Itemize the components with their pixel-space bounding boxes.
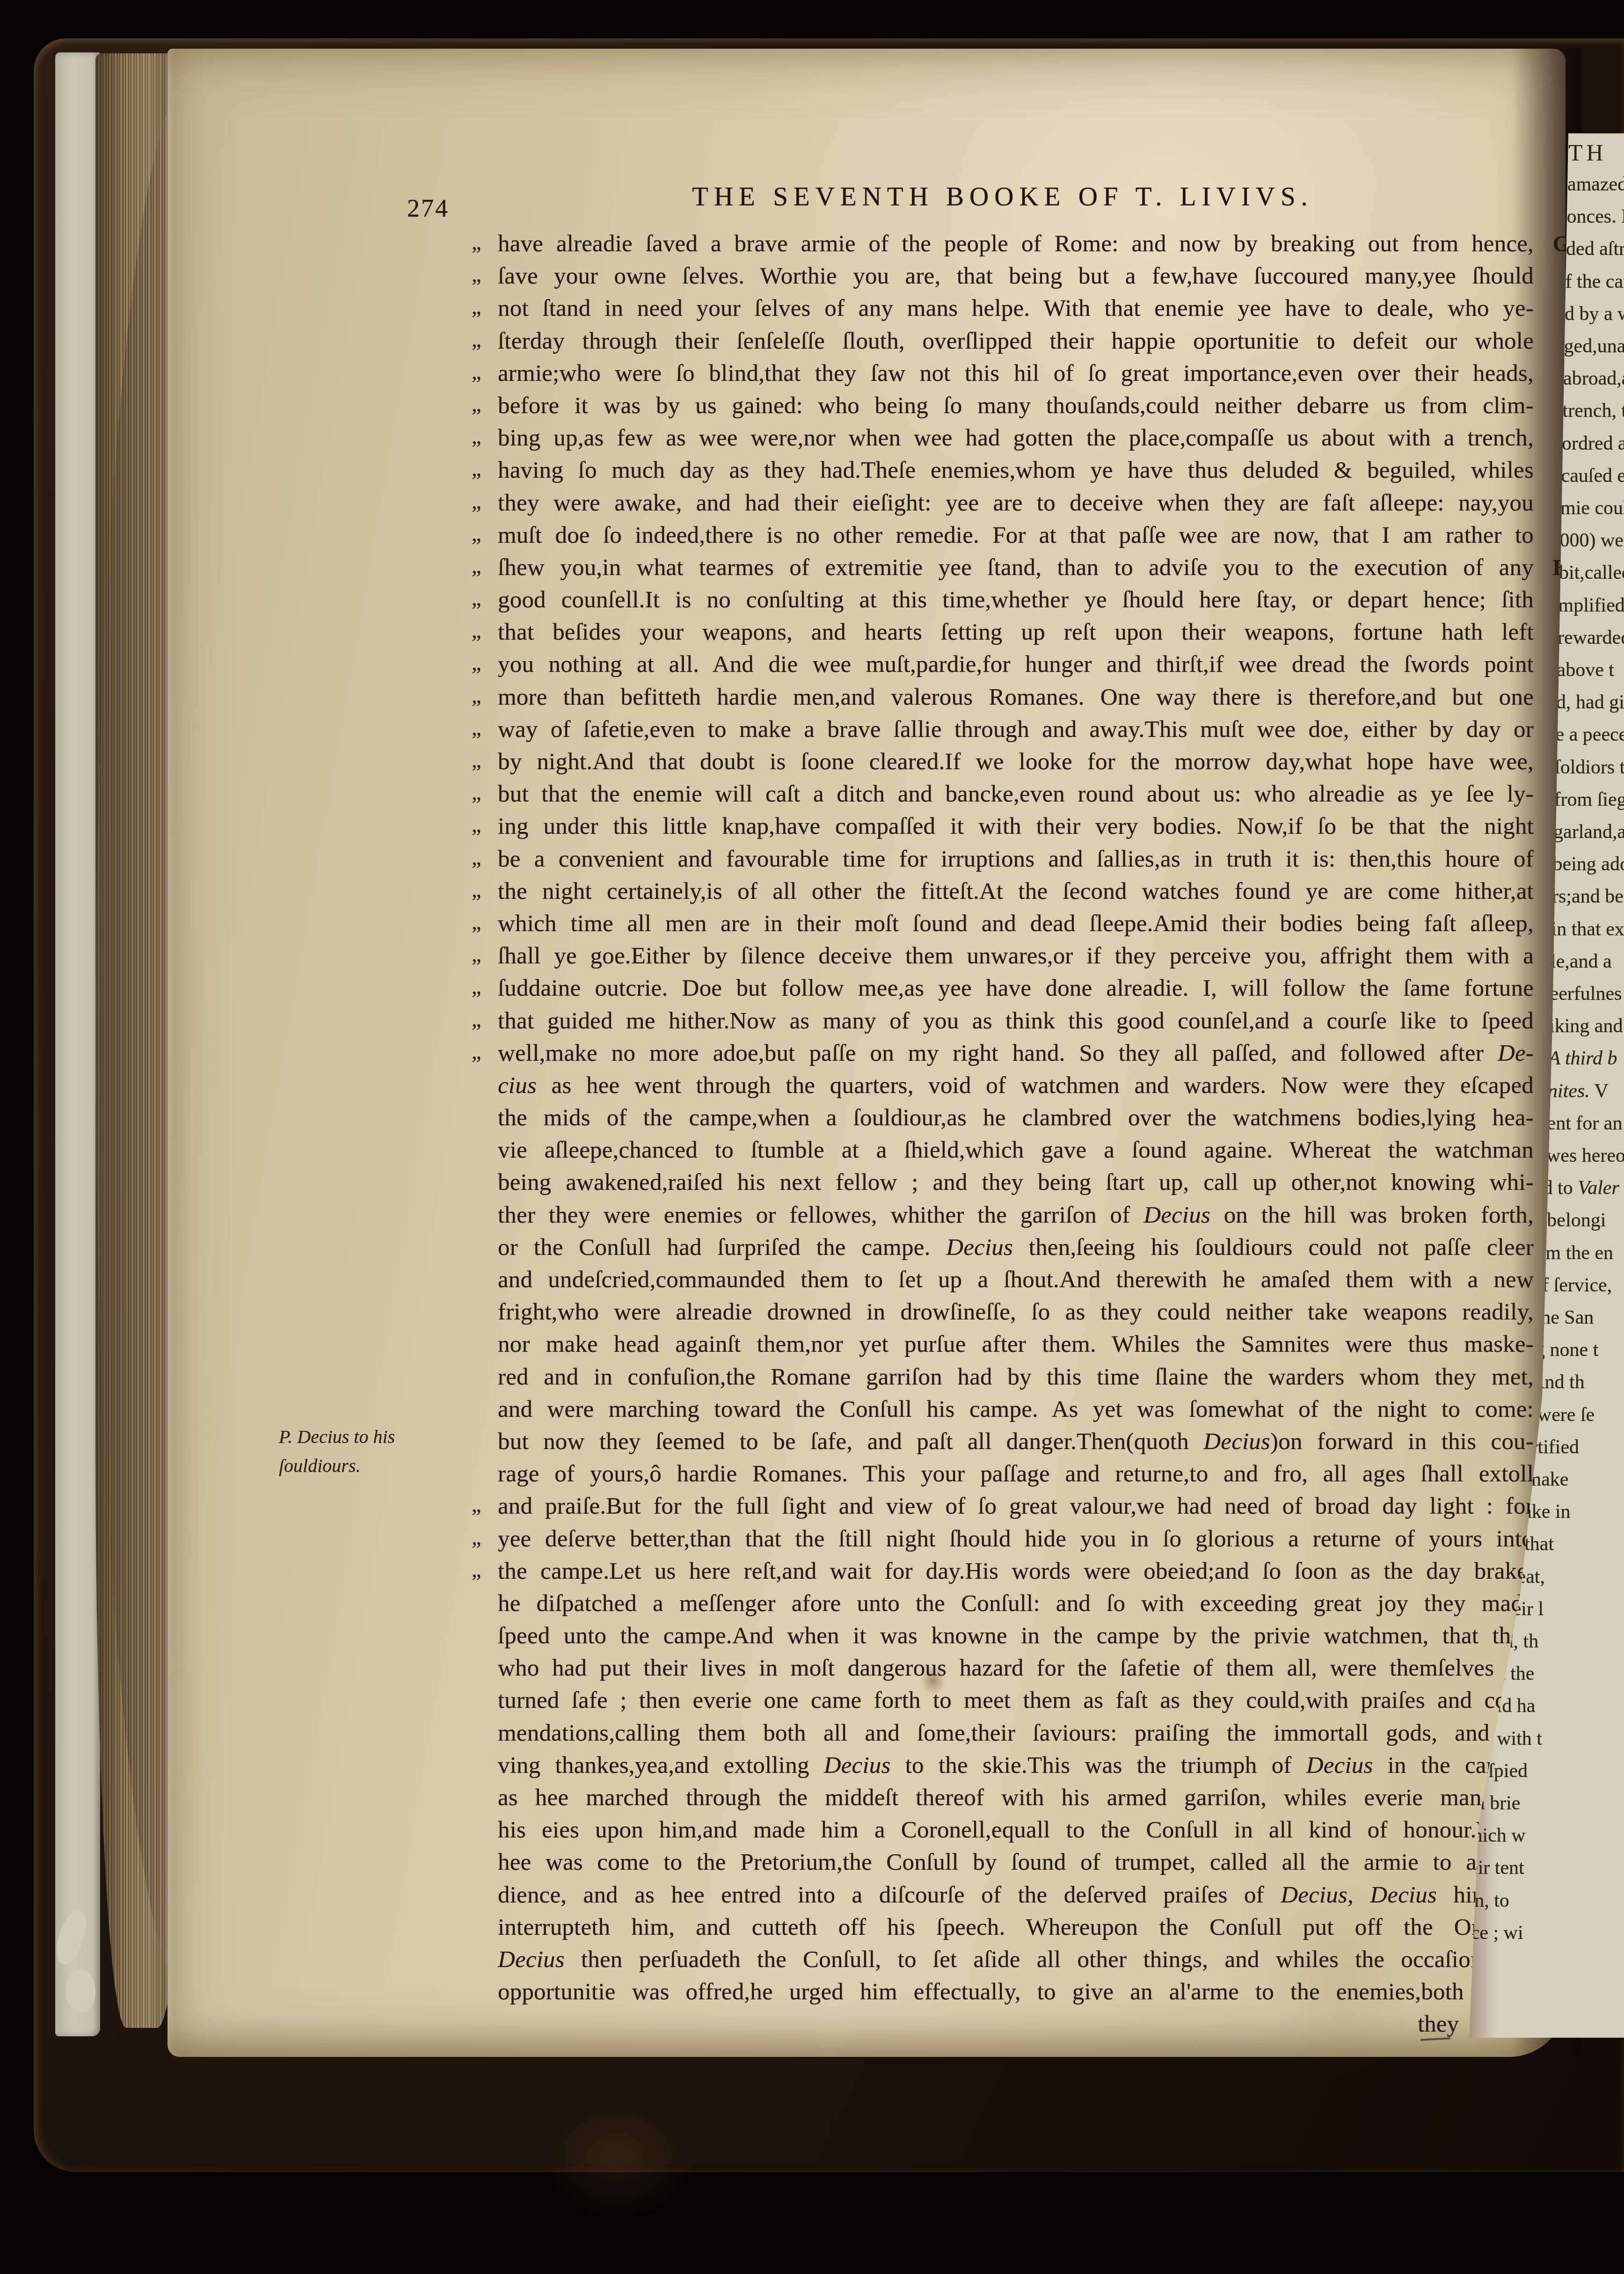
text-line-content: by night.And that doubt is ſoone cleared… bbox=[498, 746, 1534, 778]
text-line: mendations,calling them both all and ſom… bbox=[472, 1717, 1534, 1749]
text-line-content: they were awake, and had their eieſight:… bbox=[498, 487, 1534, 519]
text-line-content: Decius then perſuadeth the Conſull, to ſ… bbox=[498, 1944, 1534, 1976]
margin-note-line: P. Decius to his bbox=[279, 1422, 466, 1451]
text-line: „more than befitteth hardie men,and vale… bbox=[472, 681, 1534, 714]
facing-page-text-fragment: being ador bbox=[1553, 848, 1624, 881]
text-line-content: that guided me hither.Now as many of you… bbox=[498, 1005, 1534, 1037]
facing-page-text-fragment: rs;and bef bbox=[1552, 881, 1624, 913]
quotation-mark: „ bbox=[472, 874, 498, 906]
facing-page-text-fragment: A third b bbox=[1549, 1042, 1617, 1075]
text-line-content: muſt doe ſo indeed,there is no other rem… bbox=[498, 519, 1534, 552]
text-line: „ſterday through their ſenſeleſſe ſlouth… bbox=[472, 325, 1534, 357]
quotation-mark: „ bbox=[472, 970, 498, 1003]
margin-note-line: ſouldiours. bbox=[279, 1451, 466, 1480]
facing-page-text-fragment: eir tent bbox=[1469, 1852, 1524, 1884]
quote-gutter bbox=[472, 1683, 498, 1715]
quote-gutter bbox=[472, 1197, 498, 1230]
text-line-content: red and in confuſion,the Romane garriſon… bbox=[498, 1361, 1534, 1393]
facing-page-text-fragment: ordred a bbox=[1562, 428, 1624, 460]
text-line: „ſave your owne ſelves. Worthie you are,… bbox=[472, 260, 1534, 292]
facing-page-text-fragment: wes hereo bbox=[1546, 1140, 1624, 1172]
quote-gutter bbox=[472, 1974, 498, 2006]
facing-page-text-fragment: eerfulnes bbox=[1550, 978, 1622, 1010]
quotation-mark: „ bbox=[472, 291, 498, 323]
text-line: „ing under this little knap,have compaſſ… bbox=[472, 810, 1534, 843]
text-line: „well,make no more adoe,but paſſe on my … bbox=[472, 1037, 1534, 1070]
text-line: „they were awake, and had their eieſight… bbox=[472, 487, 1534, 519]
quote-gutter bbox=[472, 1748, 498, 1780]
text-line-content: but now they ſeemed to be ſafe, and paſt… bbox=[498, 1426, 1534, 1458]
text-line: „be a convenient and favourable time for… bbox=[472, 843, 1534, 875]
quotation-mark: „ bbox=[472, 485, 498, 517]
facing-page-text-fragment: mie could bbox=[1560, 492, 1624, 525]
quote-gutter bbox=[472, 1586, 498, 1618]
facing-page-header-fragment: TH bbox=[1568, 139, 1607, 166]
quotation-mark: „ bbox=[472, 258, 498, 291]
quotation-mark: „ bbox=[472, 1488, 498, 1521]
text-line-content: dience, and as hee entred into a diſcour… bbox=[498, 1879, 1534, 1911]
text-line-content: be a convenient and favourable time for … bbox=[498, 843, 1534, 875]
text-line: „muſt doe ſo indeed,there is no other re… bbox=[472, 519, 1534, 552]
text-line-content: the mids of the campe,when a ſouldiour,a… bbox=[498, 1102, 1534, 1134]
quotation-mark: „ bbox=[472, 906, 498, 938]
facing-page-text-fragment: garland,a bbox=[1553, 816, 1624, 848]
text-line: „which time all men are in their moſt ſo… bbox=[472, 908, 1534, 940]
text-line: „but that the enemie will caſt a ditch a… bbox=[472, 778, 1534, 810]
text-line-content: fright,who were alreadie drowned in drow… bbox=[498, 1296, 1534, 1328]
quotation-mark: „ bbox=[472, 647, 498, 679]
quotation-mark: „ bbox=[472, 841, 498, 874]
quote-gutter bbox=[472, 1262, 498, 1294]
quotation-mark: „ bbox=[472, 517, 498, 550]
text-line: cius as hee went through the quarters, v… bbox=[472, 1070, 1534, 1102]
text-line-content: and praiſe.But for the full ſight and vi… bbox=[498, 1490, 1534, 1523]
text-line-content: that beſides your weapons, and hearts ſe… bbox=[498, 616, 1534, 649]
catchword: they bbox=[472, 2008, 1534, 2041]
text-line-content: ving thankes,yea,and extolling Decius to… bbox=[498, 1749, 1534, 1782]
quotation-mark: „ bbox=[472, 679, 498, 712]
text-line: hee was come to the Pretorium,the Conſul… bbox=[472, 1846, 1534, 1879]
text-line: „you nothing at all. And die wee muſt,pa… bbox=[472, 649, 1534, 681]
text-line-content: ſave your owne ſelves. Worthie you are, … bbox=[498, 260, 1534, 292]
text-line: who had put their lives in moſt dangerou… bbox=[472, 1652, 1534, 1684]
text-line: „ſhew you,in what tearmes of extremitie … bbox=[472, 552, 1534, 584]
quote-gutter bbox=[472, 1132, 498, 1165]
facing-page-text-fragment: abroad,a bbox=[1563, 363, 1624, 395]
text-line: „and praiſe.But for the full ſight and v… bbox=[472, 1490, 1534, 1523]
facing-page-text-fragment: mplified bbox=[1558, 590, 1624, 622]
text-line-content: well,make no more adoe,but paſſe on my r… bbox=[498, 1037, 1534, 1070]
text-line: „ſhall ye goe.Either by ſilence deceive … bbox=[472, 940, 1534, 972]
page-number: 274 bbox=[407, 194, 449, 223]
text-line: and undeſcried,commaunded them to ſet up… bbox=[472, 1264, 1534, 1296]
facing-page-text-fragment: e a peece. bbox=[1556, 719, 1624, 751]
text-line-content: ther they were enemies or fellowes, whit… bbox=[498, 1199, 1534, 1232]
text-line: and were marching toward the Conſull his… bbox=[472, 1393, 1534, 1426]
quotation-mark: „ bbox=[472, 356, 498, 388]
facing-page-text-fragment: ded aſtray bbox=[1566, 233, 1624, 265]
text-line-content: interrupteth him, and cutteth off his ſp… bbox=[498, 1911, 1534, 1944]
text-line-content: have alreadie ſaved a brave armie of the… bbox=[498, 228, 1534, 260]
text-line-content: but that the enemie will caſt a ditch an… bbox=[498, 778, 1534, 810]
text-line: „before it was by us gained: who being ſ… bbox=[472, 390, 1534, 422]
text-line: opportunitie was offred,he urged him eff… bbox=[472, 1976, 1534, 2008]
text-line: „having ſo much day as they had.Theſe en… bbox=[472, 454, 1534, 487]
text-line-content: or the Conſull had ſurpriſed the campe. … bbox=[498, 1232, 1534, 1264]
text-line: „way of ſafetie,even to make a brave ſal… bbox=[472, 714, 1534, 746]
quotation-mark: „ bbox=[472, 1003, 498, 1035]
text-line: „ſuddaine outcrie. Doe but follow mee,as… bbox=[472, 972, 1534, 1005]
text-line: fright,who were alreadie drowned in drow… bbox=[472, 1296, 1534, 1328]
quote-gutter bbox=[472, 1910, 498, 1942]
text-line: dience, and as hee entred into a diſcour… bbox=[472, 1879, 1534, 1911]
text-line-content: armie;who were ſo blind,that they ſaw no… bbox=[498, 357, 1534, 390]
text-line-content: as hee marched through the middeſt there… bbox=[498, 1782, 1534, 1814]
text-line: turned ſafe ; then everie one came forth… bbox=[472, 1684, 1534, 1717]
quote-gutter bbox=[472, 1359, 498, 1392]
facing-page-text-fragment: sbelongi bbox=[1539, 1204, 1606, 1237]
quote-gutter bbox=[472, 1068, 498, 1100]
facing-page-text-fragment: d by a wic bbox=[1565, 298, 1624, 330]
scanned-book-photo: 274 THE SEVENTH BOOKE OF T. LIVIVS. „hav… bbox=[0, 0, 1624, 2274]
text-line-content: opportunitie was offred,he urged him eff… bbox=[498, 1976, 1534, 2008]
text-line-content: more than befitteth hardie men,and valer… bbox=[498, 681, 1534, 714]
facing-page-text-fragment: in that ex bbox=[1551, 913, 1624, 946]
text-line: „by night.And that doubt is ſoone cleare… bbox=[472, 746, 1534, 778]
text-line: but now they ſeemed to be ſafe, and paſt… bbox=[472, 1426, 1534, 1458]
text-line-content: before it was by us gained: who being ſo… bbox=[498, 390, 1534, 422]
quotation-mark: „ bbox=[472, 1035, 498, 1068]
text-line: Decius then perſuadeth the Conſull, to ſ… bbox=[472, 1944, 1534, 1976]
facing-page-text-fragment: 000) were bbox=[1560, 525, 1624, 557]
text-line-content: ſhew you,in what tearmes of extremitie y… bbox=[498, 552, 1534, 584]
text-line: „the campe.Let us here reſt,and wait for… bbox=[472, 1555, 1534, 1588]
facing-page-text-fragment: le,and a bbox=[1551, 946, 1612, 978]
quotation-mark: „ bbox=[472, 744, 498, 776]
quote-gutter bbox=[472, 1424, 498, 1456]
facing-page-text-fragment: hich w bbox=[1473, 1820, 1526, 1852]
quote-gutter bbox=[472, 1715, 498, 1748]
text-line-content: ſterday through their ſenſeleſſe ſlouth,… bbox=[498, 325, 1534, 357]
text-line: being awakened,raiſed his next fellow ; … bbox=[472, 1166, 1534, 1199]
quote-gutter bbox=[472, 1618, 498, 1650]
text-line-content: and undeſcried,commaunded them to ſet up… bbox=[498, 1264, 1534, 1296]
facing-page-text-fragment: rewarded bbox=[1558, 622, 1624, 654]
text-line-content: ing under this little knap,have compaſſe… bbox=[498, 810, 1534, 843]
quotation-mark: „ bbox=[472, 1553, 498, 1586]
facing-page-text-fragment: bit,called bbox=[1559, 557, 1624, 589]
facing-page-text-fragment: ged,unaw bbox=[1564, 330, 1624, 363]
text-line: „armie;who were ſo blind,that they ſaw n… bbox=[472, 357, 1534, 390]
text-line-content: mendations,calling them both all and ſom… bbox=[498, 1717, 1534, 1749]
facing-page-text-fragment: d, had giv bbox=[1556, 686, 1624, 719]
quotation-mark: „ bbox=[472, 388, 498, 420]
text-line-content: rage of yours,ô hardie Romanes. This you… bbox=[498, 1458, 1534, 1490]
text-line: „the night certainely,is of all other th… bbox=[472, 875, 1534, 908]
text-line: „bing up,as few as wee were,nor when wee… bbox=[472, 422, 1534, 454]
text-line: vie aſleepe,chanced to ſtumble at a ſhie… bbox=[472, 1134, 1534, 1166]
text-line-content: being awakened,raiſed his next fellow ; … bbox=[498, 1166, 1534, 1199]
text-line-content: bing up,as few as wee were,nor when wee … bbox=[498, 422, 1534, 454]
text-line-content: who had put their lives in moſt dangerou… bbox=[498, 1652, 1534, 1684]
facing-page-text-fragment: iking and g bbox=[1549, 1010, 1624, 1042]
quote-gutter bbox=[472, 1650, 498, 1683]
text-line: „good counſell.It is no conſulting at th… bbox=[472, 584, 1534, 616]
quotation-mark: „ bbox=[472, 582, 498, 614]
text-line-content: the campe.Let us here reſt,and wait for … bbox=[498, 1555, 1534, 1588]
text-line: ther they were enemies or fellowes, whit… bbox=[472, 1199, 1534, 1232]
text-line-content: yee deſerve better,than that the ſtill n… bbox=[498, 1523, 1534, 1555]
quotation-mark: „ bbox=[472, 420, 498, 452]
text-line-content: he diſpatched a meſſenger afore unto the… bbox=[498, 1588, 1534, 1620]
facing-page-text-fragment: amazed w bbox=[1567, 168, 1624, 201]
flyleaf-endpaper-edge bbox=[55, 52, 100, 2036]
text-line-content: his eies upon him,and made him a Coronel… bbox=[498, 1814, 1534, 1846]
text-line-content: the night certainely,is of all other the… bbox=[498, 875, 1534, 908]
text-line-content: hee was come to the Pretorium,the Conſul… bbox=[498, 1846, 1534, 1879]
text-line: ſpeed unto the campe.And when it was kno… bbox=[472, 1620, 1534, 1652]
quote-gutter bbox=[472, 1392, 498, 1424]
quote-gutter bbox=[472, 1877, 498, 1910]
facing-page-text-fragment: from ſieg bbox=[1554, 784, 1624, 816]
quote-gutter bbox=[472, 1844, 498, 1877]
text-line-content: ſuddaine outcrie. Doe but follow mee,as … bbox=[498, 972, 1534, 1005]
text-line: as hee marched through the middeſt there… bbox=[472, 1782, 1534, 1814]
text-line: „not ſtand in need your ſelves of any ma… bbox=[472, 292, 1534, 325]
facing-page-text-fragment: f the cam bbox=[1566, 266, 1624, 298]
text-line: „that guided me hither.Now as many of yo… bbox=[472, 1005, 1534, 1037]
quote-gutter bbox=[472, 1780, 498, 1812]
text-line-content: turned ſafe ; then everie one came forth… bbox=[498, 1684, 1534, 1717]
quote-gutter bbox=[472, 1326, 498, 1359]
text-line-content: nor make head againſt them,nor yet purſu… bbox=[498, 1328, 1534, 1361]
quote-gutter bbox=[472, 1456, 498, 1488]
quote-gutter bbox=[472, 1812, 498, 1844]
facing-page-text-fragment: ſoldiors t bbox=[1555, 751, 1624, 784]
quotation-mark: „ bbox=[472, 452, 498, 485]
margin-note: P. Decius to his ſouldiours. bbox=[279, 1422, 466, 1480]
running-title: THE SEVENTH BOOKE OF T. LIVIVS. bbox=[472, 182, 1534, 212]
quote-gutter bbox=[472, 1942, 498, 1974]
facing-page-text-fragment: ent for an bbox=[1547, 1108, 1623, 1140]
main-text-block: „have alreadie ſaved a brave armie of th… bbox=[472, 228, 1534, 2041]
text-line: ving thankes,yea,and extolling Decius to… bbox=[472, 1749, 1534, 1782]
text-line: „that beſides your weapons, and hearts ſ… bbox=[472, 616, 1534, 649]
text-line-content: which time all men are in their moſt ſou… bbox=[498, 908, 1534, 940]
text-line-content: ſhall ye goe.Either by ſilence deceive t… bbox=[498, 940, 1534, 972]
quote-gutter bbox=[472, 1230, 498, 1262]
text-line: rage of yours,ô hardie Romanes. This you… bbox=[472, 1458, 1534, 1490]
text-line-content: way of ſafetie,even to make a brave ſall… bbox=[498, 714, 1534, 746]
text-line: interrupteth him, and cutteth off his ſp… bbox=[472, 1911, 1534, 1944]
text-line: his eies upon him,and made him a Coronel… bbox=[472, 1814, 1534, 1846]
quote-gutter bbox=[472, 1100, 498, 1132]
text-line-content: good counſell.It is no conſulting at thi… bbox=[498, 584, 1534, 616]
facing-page-text-fragment: cauſed eve bbox=[1561, 460, 1624, 492]
facing-page-text-fragment: d to Valer bbox=[1543, 1172, 1619, 1204]
facing-page-text-fragment: trench, t bbox=[1563, 395, 1624, 427]
quotation-mark: „ bbox=[472, 550, 498, 582]
text-line: the mids of the campe,when a ſouldiour,a… bbox=[472, 1102, 1534, 1134]
text-line-content: you nothing at all. And die wee muſt,par… bbox=[498, 649, 1534, 681]
text-line: „yee deſerve better,than that the ſtill … bbox=[472, 1523, 1534, 1555]
quotation-mark: „ bbox=[472, 614, 498, 647]
text-line-content: ſpeed unto the campe.And when it was kno… bbox=[498, 1620, 1534, 1652]
text-line: „have alreadie ſaved a brave armie of th… bbox=[472, 228, 1534, 260]
text-line: or the Conſull had ſurpriſed the campe. … bbox=[472, 1232, 1534, 1264]
quotation-mark: „ bbox=[472, 226, 498, 258]
text-line: he diſpatched a meſſenger afore unto the… bbox=[472, 1588, 1534, 1620]
text-line: red and in confuſion,the Romane garriſon… bbox=[472, 1361, 1534, 1393]
catchword-flourish bbox=[1420, 2038, 1450, 2041]
facing-page-text-fragment: above t bbox=[1557, 654, 1614, 686]
quotation-mark: „ bbox=[472, 809, 498, 841]
quote-gutter bbox=[472, 1294, 498, 1326]
quotation-mark: „ bbox=[472, 323, 498, 356]
facing-page-text-fragment: om the en bbox=[1536, 1237, 1614, 1269]
quotation-mark: „ bbox=[472, 1521, 498, 1553]
quotation-mark: „ bbox=[472, 776, 498, 809]
text-line-content: and were marching toward the Conſull his… bbox=[498, 1393, 1534, 1426]
quote-gutter bbox=[472, 1165, 498, 1197]
quotation-mark: „ bbox=[472, 712, 498, 744]
facing-page-text-fragment: onces. B bbox=[1567, 201, 1624, 233]
facing-page-text-fragment: nites. V bbox=[1548, 1075, 1609, 1108]
text-line-content: vie aſleepe,chanced to ſtumble at a ſhie… bbox=[498, 1134, 1534, 1166]
text-line-content: not ſtand in need your ſelves of any man… bbox=[498, 292, 1534, 325]
text-line: nor make head againſt them,nor yet purſu… bbox=[472, 1328, 1534, 1361]
text-line-content: having ſo much day as they had.Theſe ene… bbox=[498, 454, 1534, 487]
quotation-mark: „ bbox=[472, 938, 498, 970]
text-line-content: cius as hee went through the quarters, v… bbox=[498, 1070, 1534, 1102]
